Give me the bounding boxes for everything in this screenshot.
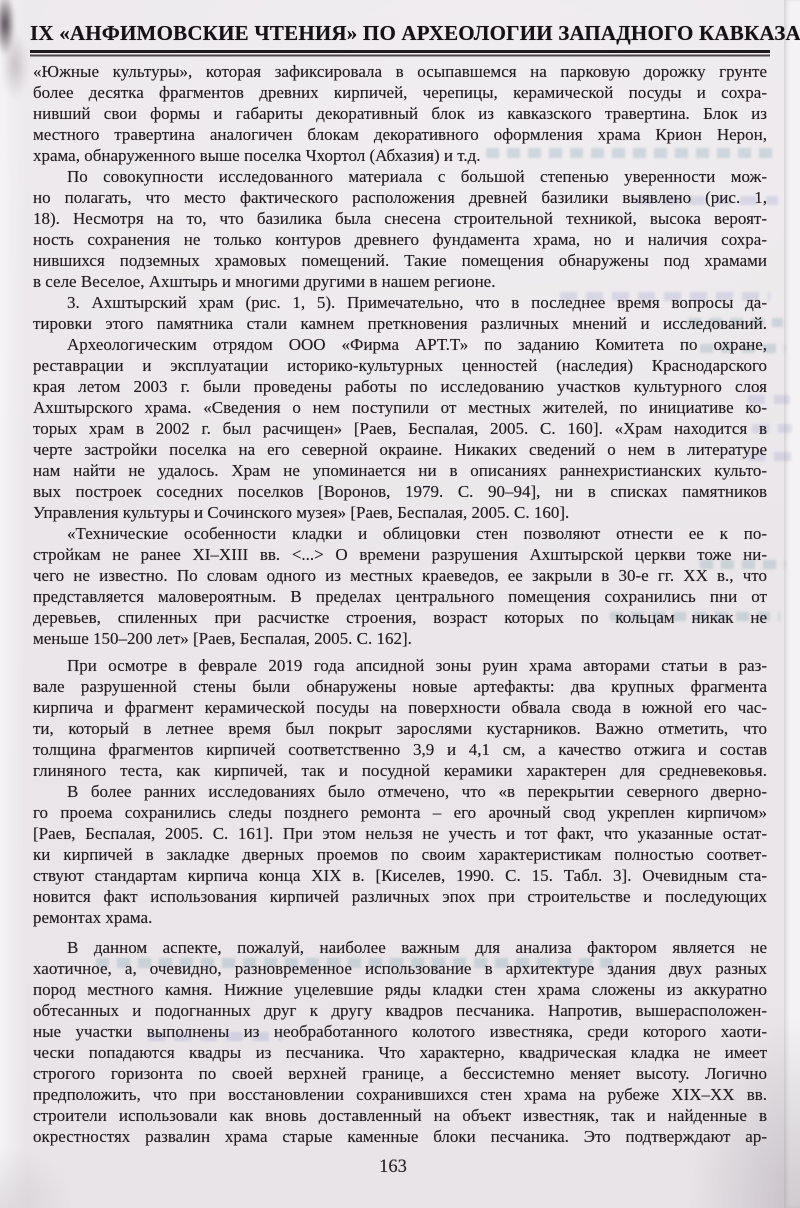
scanned-document-page: IX «АНФИМОВСКИЕ ЧТЕНИЯ» ПО АРХЕОЛОГИИ ЗА…: [0, 0, 800, 1208]
paragraph: По совокупности исследованного материала…: [33, 166, 767, 292]
paragraph: 3. Ахштырский храм (рис. 1, 5). Примечат…: [33, 292, 767, 334]
paragraph: В более ранних исследованиях было отмече…: [33, 781, 767, 928]
header-rule: [30, 50, 770, 57]
running-head-title: IX «АНФИМОВСКИЕ ЧТЕНИЯ» ПО АРХЕОЛОГИИ ЗА…: [30, 20, 770, 46]
scan-smudge-top-left-soft: [2, 30, 28, 100]
paragraph: «Технические особенности кладки и облицо…: [33, 523, 767, 649]
paragraph: «Южные культуры», которая зафиксировала …: [33, 61, 767, 166]
paragraph: В данном аспекте, пожалуй, наиболее важн…: [33, 937, 767, 1147]
paragraph: При осмотре в феврале 2019 года апсидной…: [33, 655, 767, 781]
page-edge-left: [0, 0, 26, 1208]
paragraph: Археологическим отрядом ООО «Фирма АРТ.Т…: [33, 334, 767, 523]
article-body: «Южные культуры», которая зафиксировала …: [33, 61, 767, 1147]
page-number: 163: [0, 1157, 786, 1178]
